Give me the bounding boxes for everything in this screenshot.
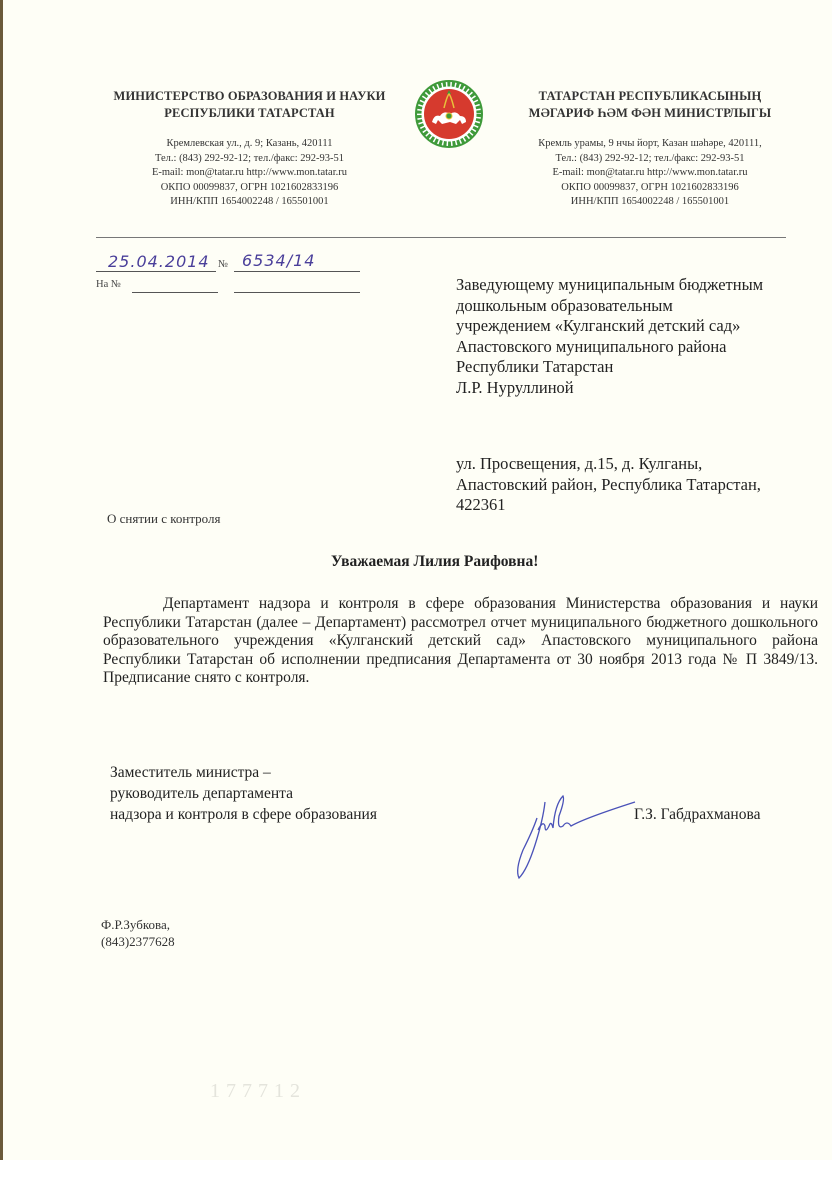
ministry-name-ru-line1: МИНИСТЕРСТВО ОБРАЗОВАНИЯ И НАУКИ: [92, 88, 407, 105]
signatory-name: Г.З. Габдрахманова: [634, 804, 760, 825]
letterhead-divider: [96, 237, 786, 238]
letterhead-left: МИНИСТЕРСТВО ОБРАЗОВАНИЯ И НАУКИ РЕСПУБЛ…: [92, 88, 407, 210]
addressee-line: Республики Татарстан: [456, 357, 832, 378]
date-underline: [96, 271, 216, 272]
registration-date: 25.04.2014: [108, 252, 210, 271]
reply-date-underline: [132, 292, 218, 293]
ministry-okpo-tt: ОКПО 00099837, ОГРН 1021602833196: [500, 181, 800, 196]
ministry-address-tt: Кремль урамы, 9 нчы йорт, Казан шәһәре, …: [500, 137, 800, 152]
position-line: надзора и контроля в сфере образования: [110, 804, 470, 825]
reply-number-underline: [234, 292, 360, 293]
ministry-email-ru: E-mail: mon@tatar.ru http://www.mon.tata…: [92, 166, 407, 181]
number-underline: [234, 271, 360, 272]
ministry-inn-tt: ИНН/КПП 1654002248 / 165501001: [500, 195, 800, 210]
letter-subject: О снятии с контроля: [107, 511, 220, 527]
signatory-position: Заместитель министра – руководитель депа…: [110, 762, 470, 825]
ministry-name-tt-line1: ТАТАРСТАН РЕСПУБЛИКАСЫНЫҢ: [500, 88, 800, 105]
ministry-name-ru-line2: РЕСПУБЛИКИ ТАТАРСТАН: [92, 105, 407, 122]
scan-margin: [0, 1160, 832, 1184]
executor-phone: (843)2377628: [101, 933, 175, 950]
scan-page-edge: [0, 0, 3, 1160]
ministry-address-ru: Кремлевская ул., д. 9; Казань, 420111: [92, 137, 407, 152]
handwritten-signature-icon: [505, 790, 645, 885]
addressee-line: дошкольным образовательным: [456, 296, 832, 317]
ministry-okpo-ru: ОКПО 00099837, ОГРН 1021602833196: [92, 181, 407, 196]
executor-block: Ф.Р.Зубкова, (843)2377628: [101, 916, 175, 950]
number-label: №: [218, 259, 228, 270]
addressee-line: Апастовского муниципального района: [456, 337, 832, 358]
address-line: ул. Просвещения, д.15, д. Кулганы,: [456, 454, 832, 475]
letter-body: Департамент надзора и контроля в сфере о…: [103, 595, 818, 688]
address-postcode: 422361: [456, 495, 832, 516]
addressee-line: учреждением «Кулганский детский сад»: [456, 316, 832, 337]
position-line: Заместитель министра –: [110, 762, 470, 783]
coat-of-arms-icon: [414, 78, 484, 148]
faint-incoming-stamp: 177712: [210, 1080, 306, 1103]
greeting: Уважаемая Лилия Раифовна!: [331, 553, 538, 571]
address-line: Апастовский район, Республика Татарстан,: [456, 475, 832, 496]
reply-to-label: На №: [96, 279, 121, 290]
letterhead-right: ТАТАРСТАН РЕСПУБЛИКАСЫНЫҢ МӘГАРИФ ҺӘМ ФӘ…: [500, 88, 800, 210]
addressee-address: ул. Просвещения, д.15, д. Кулганы, Апаст…: [456, 454, 832, 516]
ministry-phone-tt: Тел.: (843) 292-92-12; тел./факс: 292-93…: [500, 152, 800, 167]
executor-name: Ф.Р.Зубкова,: [101, 916, 175, 933]
ministry-name-tt-line2: МӘГАРИФ ҺӘМ ФӘН МИНИСТРЛЫГЫ: [500, 105, 800, 122]
addressee-line: Заведующему муниципальным бюджетным: [456, 275, 832, 296]
ministry-phone-ru: Тел.: (843) 292-92-12; тел./факс: 292-93…: [92, 152, 407, 167]
ministry-inn-ru: ИНН/КПП 1654002248 / 165501001: [92, 195, 407, 210]
registration-number: 6534/14: [242, 251, 315, 270]
addressee-name: Л.Р. Нуруллиной: [456, 378, 832, 399]
addressee-block: Заведующему муниципальным бюджетным дошк…: [456, 275, 832, 398]
ministry-email-tt: E-mail: mon@tatar.ru http://www.mon.tata…: [500, 166, 800, 181]
position-line: руководитель департамента: [110, 783, 470, 804]
